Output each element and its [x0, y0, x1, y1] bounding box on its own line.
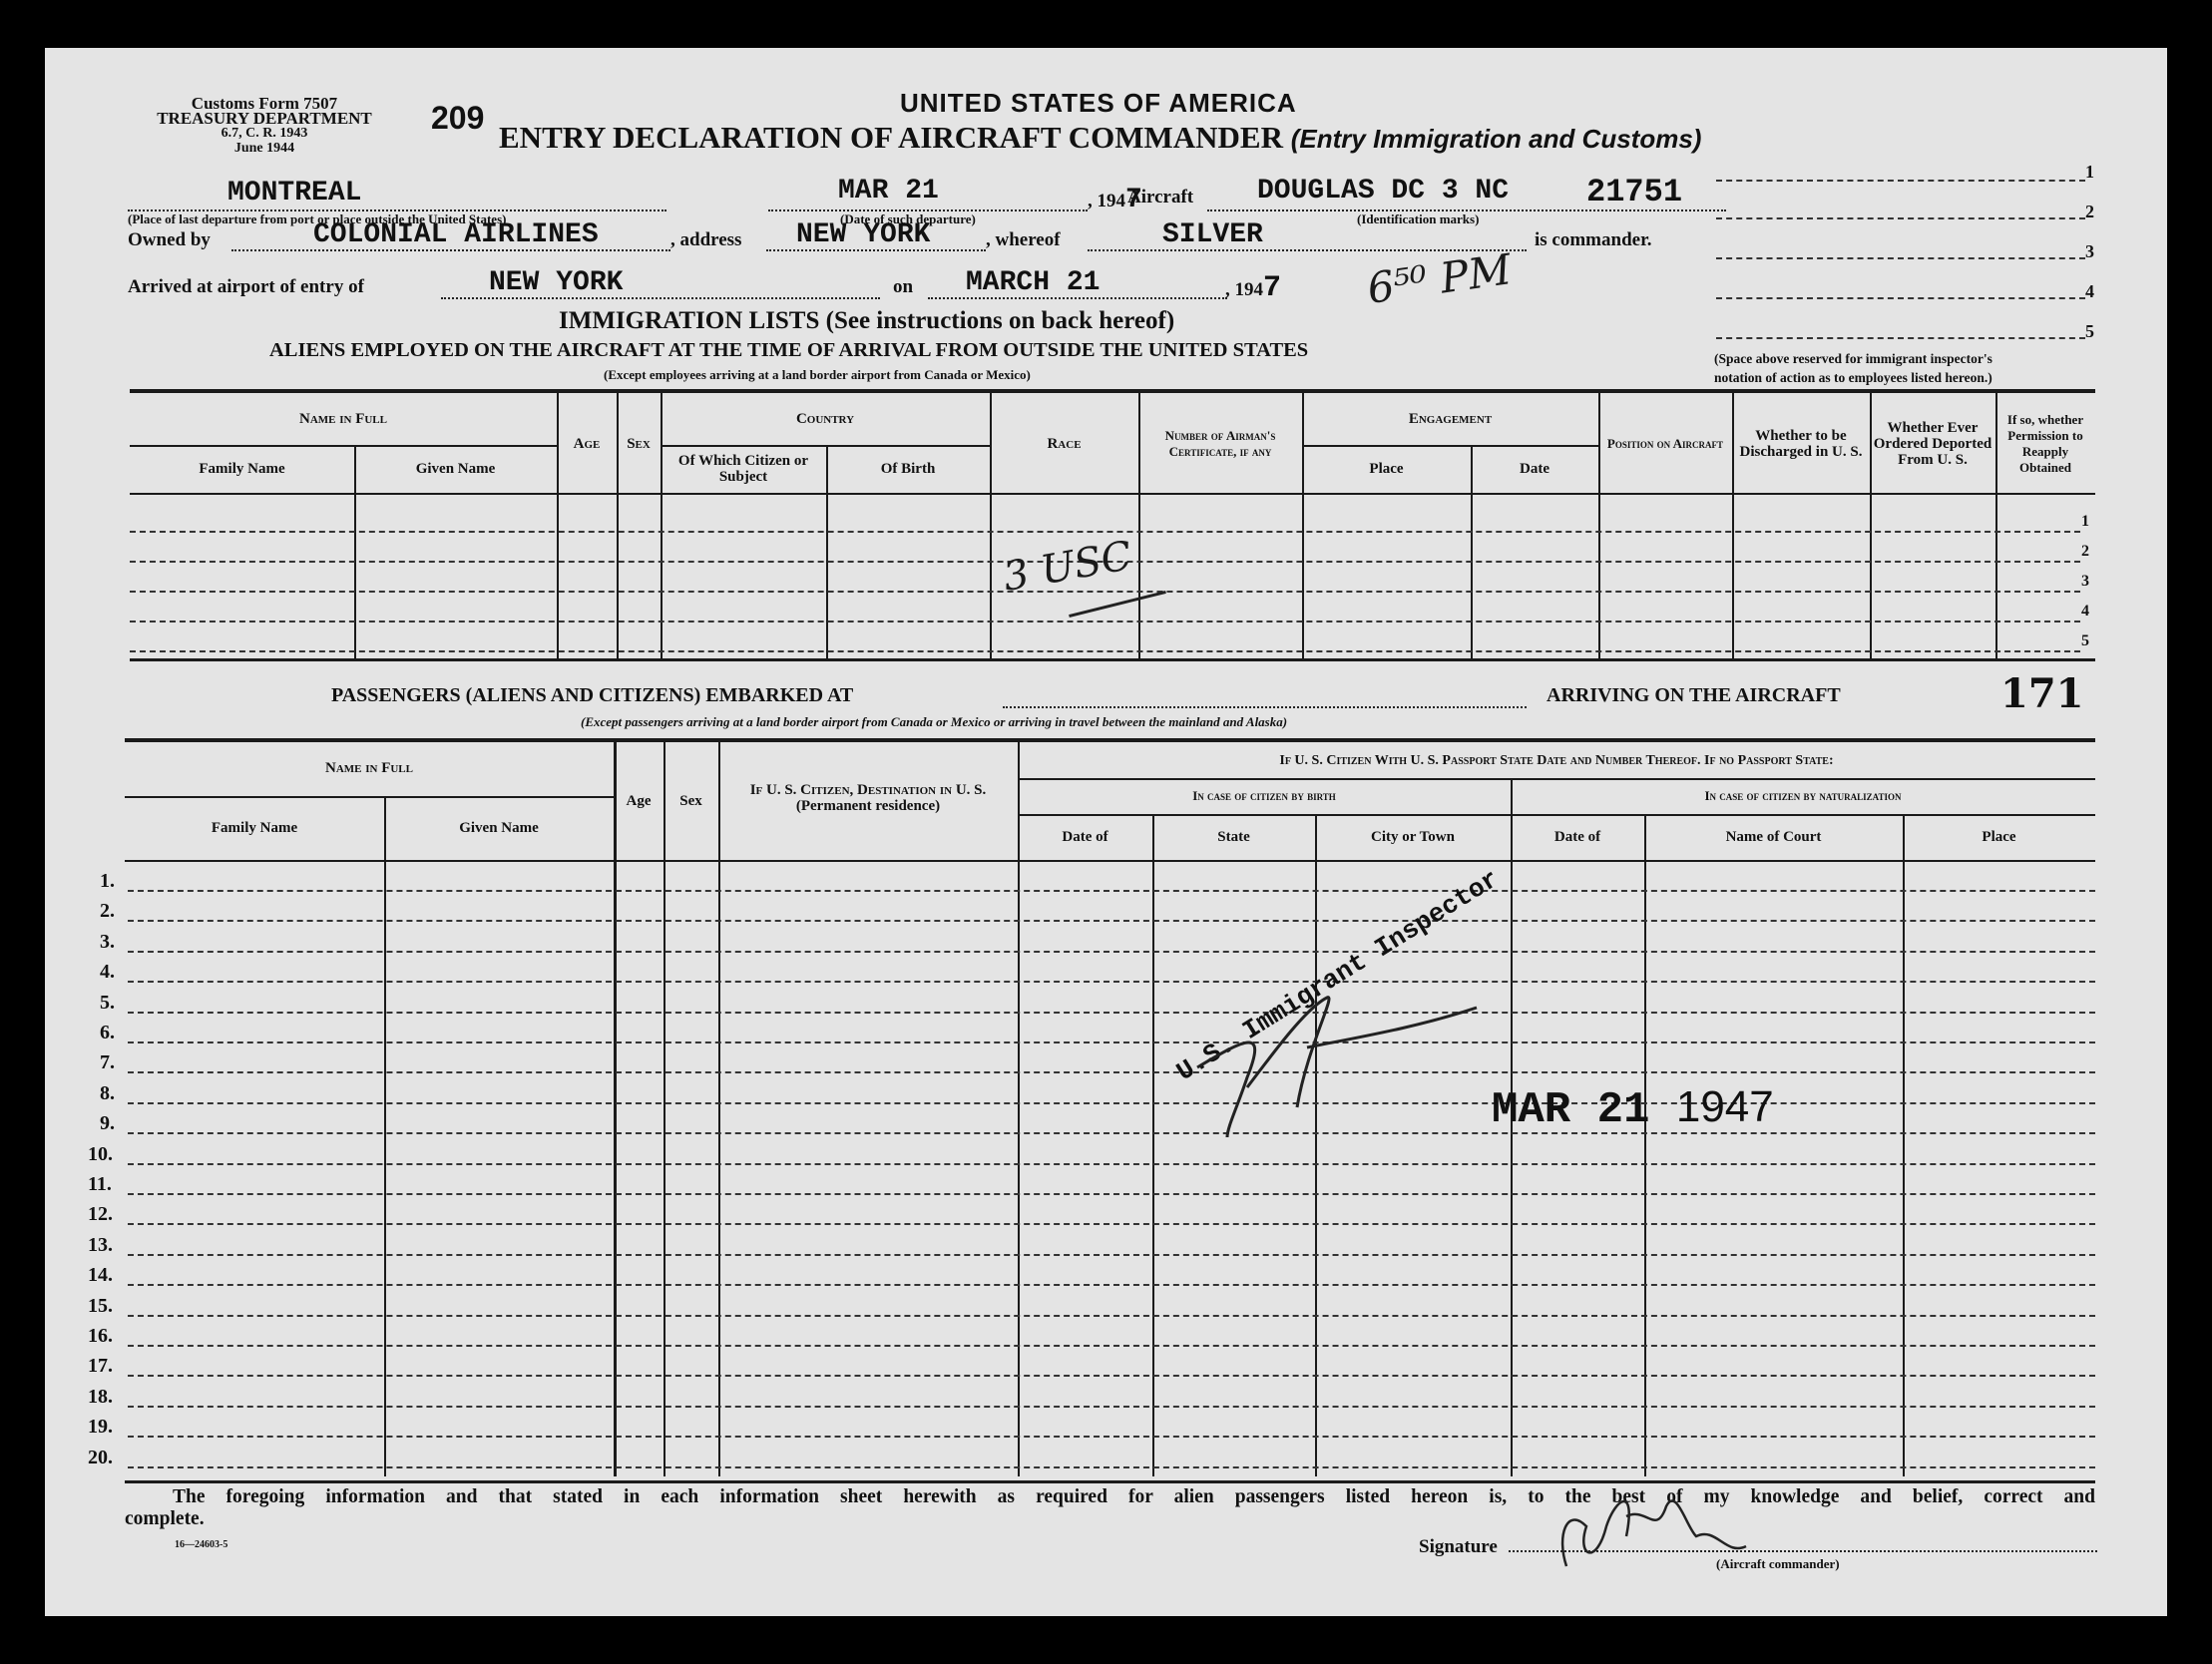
inspector-line-num: 5 — [2085, 321, 2094, 342]
inspector-line-num: 1 — [2085, 162, 2094, 183]
pcol-by-naturalization: In case of citizen by naturalization — [1511, 780, 2095, 812]
passenger-row-number: 13. — [88, 1234, 113, 1257]
passenger-row-number: 18. — [88, 1386, 113, 1409]
passengers-heading-suffix: ARRIVING ON THE AIRCRAFT — [1547, 684, 1841, 707]
col-engagement: Engagement — [1302, 399, 1598, 439]
passenger-row-number: 10. — [88, 1143, 113, 1166]
passenger-row[interactable] — [128, 1012, 2095, 1014]
pcol-given-name: Given Name — [384, 808, 614, 848]
passenger-row-number: 20. — [88, 1447, 113, 1469]
col-sex: Sex — [617, 399, 661, 489]
col-airman-cert: Number of Airman's Certificate, if any — [1138, 399, 1302, 489]
crew-row-number: 4 — [2081, 603, 2089, 621]
inspector-stamp-date: MAR 21 1947 — [1492, 1082, 1774, 1135]
page-number: 209 — [431, 100, 484, 137]
inspector-notes-caption: (Space above reserved for immigrant insp… — [1714, 349, 1992, 387]
passenger-row-number: 17. — [88, 1355, 113, 1378]
owner-value[interactable]: COLONIAL AIRLINES — [313, 219, 599, 250]
passenger-row[interactable] — [128, 1315, 2095, 1317]
crew-row[interactable] — [130, 591, 2080, 593]
inspector-signature — [1187, 988, 1487, 1137]
passenger-row-number: 19. — [88, 1416, 113, 1439]
title-main: ENTRY DECLARATION OF AIRCRAFT COMMANDER — [499, 120, 1283, 155]
passenger-row[interactable] — [128, 1436, 2095, 1438]
passenger-row-number: 7. — [100, 1051, 115, 1074]
col-given-name: Given Name — [354, 449, 557, 489]
crew-row[interactable] — [130, 650, 2080, 652]
aircraft-number-value[interactable]: 21751 — [1586, 174, 1682, 210]
col-family-name: Family Name — [130, 449, 354, 489]
passenger-row[interactable] — [128, 1223, 2095, 1225]
aircraft-label: Aircraft — [1127, 187, 1193, 208]
immigration-note: (Except employees arriving at a land bor… — [604, 367, 1031, 383]
owned-by-label: Owned by — [128, 229, 211, 251]
col-race: Race — [990, 399, 1138, 489]
pcol-nat-date: Date of — [1511, 818, 1644, 856]
on-label: on — [893, 276, 913, 298]
crew-row-number: 3 — [2081, 573, 2089, 591]
commander-field: SILVER — [1088, 221, 1527, 251]
passenger-row[interactable] — [128, 1254, 2095, 1256]
pcol-place: Place — [1903, 818, 2095, 856]
passenger-row[interactable] — [128, 1041, 2095, 1043]
passenger-row-number: 11. — [88, 1173, 112, 1196]
col-position: Position on Aircraft — [1598, 399, 1732, 489]
passenger-row-number: 3. — [100, 931, 115, 954]
passenger-row[interactable] — [128, 1102, 2095, 1104]
departure-date-value[interactable]: MAR 21 — [838, 176, 939, 207]
title-sub: (Entry Immigration and Customs) — [1291, 124, 1702, 154]
passenger-row-number: 4. — [100, 961, 115, 984]
arrival-airport-value[interactable]: NEW YORK — [489, 267, 623, 298]
col-permission: If so, whether Permission to Reapply Obt… — [1995, 399, 2095, 489]
passengers-heading-prefix: PASSENGERS (ALIENS AND CITIZENS) EMBARKE… — [331, 684, 853, 706]
col-deported: Whether Ever Ordered Deported From U. S. — [1870, 399, 1995, 489]
arrived-label: Arrived at airport of entry of — [128, 276, 364, 298]
certification-text: The foregoing information and that state… — [125, 1486, 2095, 1530]
signature-label: Signature — [1419, 1536, 1498, 1558]
passenger-row[interactable] — [128, 1284, 2095, 1286]
form-id-line2: TREASURY DEPARTMENT — [120, 111, 409, 126]
col-citizen-of: Of Which Citizen or Subject — [661, 449, 826, 489]
pcol-destination: If U. S. Citizen, Destination in U. S. (… — [718, 768, 1018, 828]
passenger-row[interactable] — [128, 1193, 2095, 1195]
print-code: 16—24603-5 — [175, 1539, 227, 1550]
inspector-line-num: 2 — [2085, 202, 2094, 222]
passenger-row-number: 12. — [88, 1203, 113, 1226]
col-of-birth: Of Birth — [826, 449, 990, 489]
crew-row-number: 1 — [2081, 513, 2089, 531]
stamp-number: 171 — [2000, 670, 2084, 717]
passenger-row[interactable] — [128, 951, 2095, 953]
embarked-at-field[interactable] — [1003, 696, 1527, 708]
passenger-row-number: 6. — [100, 1022, 115, 1044]
address-value[interactable]: NEW YORK — [796, 219, 930, 250]
passenger-row[interactable] — [128, 981, 2095, 983]
passenger-row[interactable] — [128, 1466, 2095, 1468]
pcol-state: State — [1152, 818, 1315, 856]
pcol-passport-header: If U. S. Citizen With U. S. Passport Sta… — [1018, 746, 2095, 776]
commander-value[interactable]: SILVER — [1162, 219, 1263, 250]
pcol-city: City or Town — [1315, 818, 1511, 856]
col-engagement-date: Date — [1471, 449, 1598, 489]
passenger-row-number: 14. — [88, 1264, 113, 1287]
departure-place-value[interactable]: MONTREAL — [227, 178, 361, 208]
immigration-heading: IMMIGRATION LISTS (See instructions on b… — [559, 307, 1174, 335]
passenger-row-number: 1. — [100, 870, 115, 893]
country-title: UNITED STATES OF AMERICA — [900, 88, 1297, 119]
col-engagement-place: Place — [1302, 449, 1471, 489]
owner-field: COLONIAL AIRLINES — [231, 221, 670, 251]
immigration-subheading: ALIENS EMPLOYED ON THE AIRCRAFT AT THE T… — [269, 339, 1308, 362]
whereof-label: , whereof — [986, 229, 1061, 251]
pcol-by-birth: In case of citizen by birth — [1018, 780, 1511, 812]
crew-row-number: 5 — [2081, 632, 2089, 650]
pcol-family-name: Family Name — [125, 808, 384, 848]
passenger-row[interactable] — [128, 1375, 2095, 1377]
passenger-row[interactable] — [128, 890, 2095, 892]
aircraft-field: DOUGLAS DC 3 NC 21751 (Identification ma… — [1207, 180, 1726, 227]
passenger-row-number: 2. — [100, 900, 115, 923]
crew-row[interactable] — [130, 531, 2080, 533]
commander-suffix: is commander. — [1535, 229, 1652, 251]
aircraft-id-value[interactable]: DOUGLAS DC 3 NC — [1257, 176, 1509, 207]
col-age: Age — [557, 399, 617, 489]
col-name-in-full: Name in Full — [130, 399, 557, 439]
pcol-name-in-full: Name in Full — [125, 748, 614, 788]
address-label: , address — [670, 229, 741, 251]
address-field: NEW YORK — [766, 221, 986, 251]
passenger-row-number: 8. — [100, 1082, 115, 1105]
passenger-row[interactable] — [128, 920, 2095, 922]
pcol-court: Name of Court — [1644, 818, 1903, 856]
passenger-row[interactable] — [128, 1345, 2095, 1347]
form-id-line3: 6.7, C. R. 1943 — [120, 126, 409, 141]
document-title: ENTRY DECLARATION OF AIRCRAFT COMMANDER … — [499, 120, 1701, 156]
passenger-row-number: 16. — [88, 1325, 113, 1348]
passengers-heading: PASSENGERS (ALIENS AND CITIZENS) EMBARKE… — [331, 684, 853, 707]
passenger-row[interactable] — [128, 1406, 2095, 1408]
passenger-row-number: 9. — [100, 1112, 115, 1135]
passenger-row-number: 15. — [88, 1295, 113, 1318]
passenger-row[interactable] — [128, 1071, 2095, 1073]
inspector-line-num: 3 — [2085, 241, 2094, 262]
signature-caption: (Aircraft commander) — [1716, 1556, 1840, 1572]
crew-row[interactable] — [130, 621, 2080, 623]
pcol-sex: Sex — [664, 748, 718, 853]
crew-row-number: 2 — [2081, 543, 2089, 561]
arrival-date-value[interactable]: MARCH 21 — [966, 267, 1100, 298]
passengers-note: (Except passengers arriving at a land bo… — [581, 714, 1287, 730]
col-discharged: Whether to be Discharged in U. S. — [1732, 399, 1870, 489]
passenger-row-number: 5. — [100, 992, 115, 1015]
pcol-birth-date: Date of — [1018, 818, 1152, 856]
arrival-airport-field: NEW YORK — [441, 269, 880, 299]
pcol-age: Age — [614, 748, 664, 853]
passenger-row[interactable] — [128, 1132, 2095, 1134]
form-id-block: Customs Form 7507 TREASURY DEPARTMENT 6.… — [120, 96, 409, 156]
arrival-year: , 1947 — [1225, 271, 1281, 305]
col-country: Country — [661, 399, 990, 439]
form-id-line4: June 1944 — [120, 141, 409, 156]
arrival-date-field: MARCH 21 — [928, 269, 1227, 299]
inspector-line-num: 4 — [2085, 281, 2094, 302]
passenger-row[interactable] — [128, 1163, 2095, 1165]
